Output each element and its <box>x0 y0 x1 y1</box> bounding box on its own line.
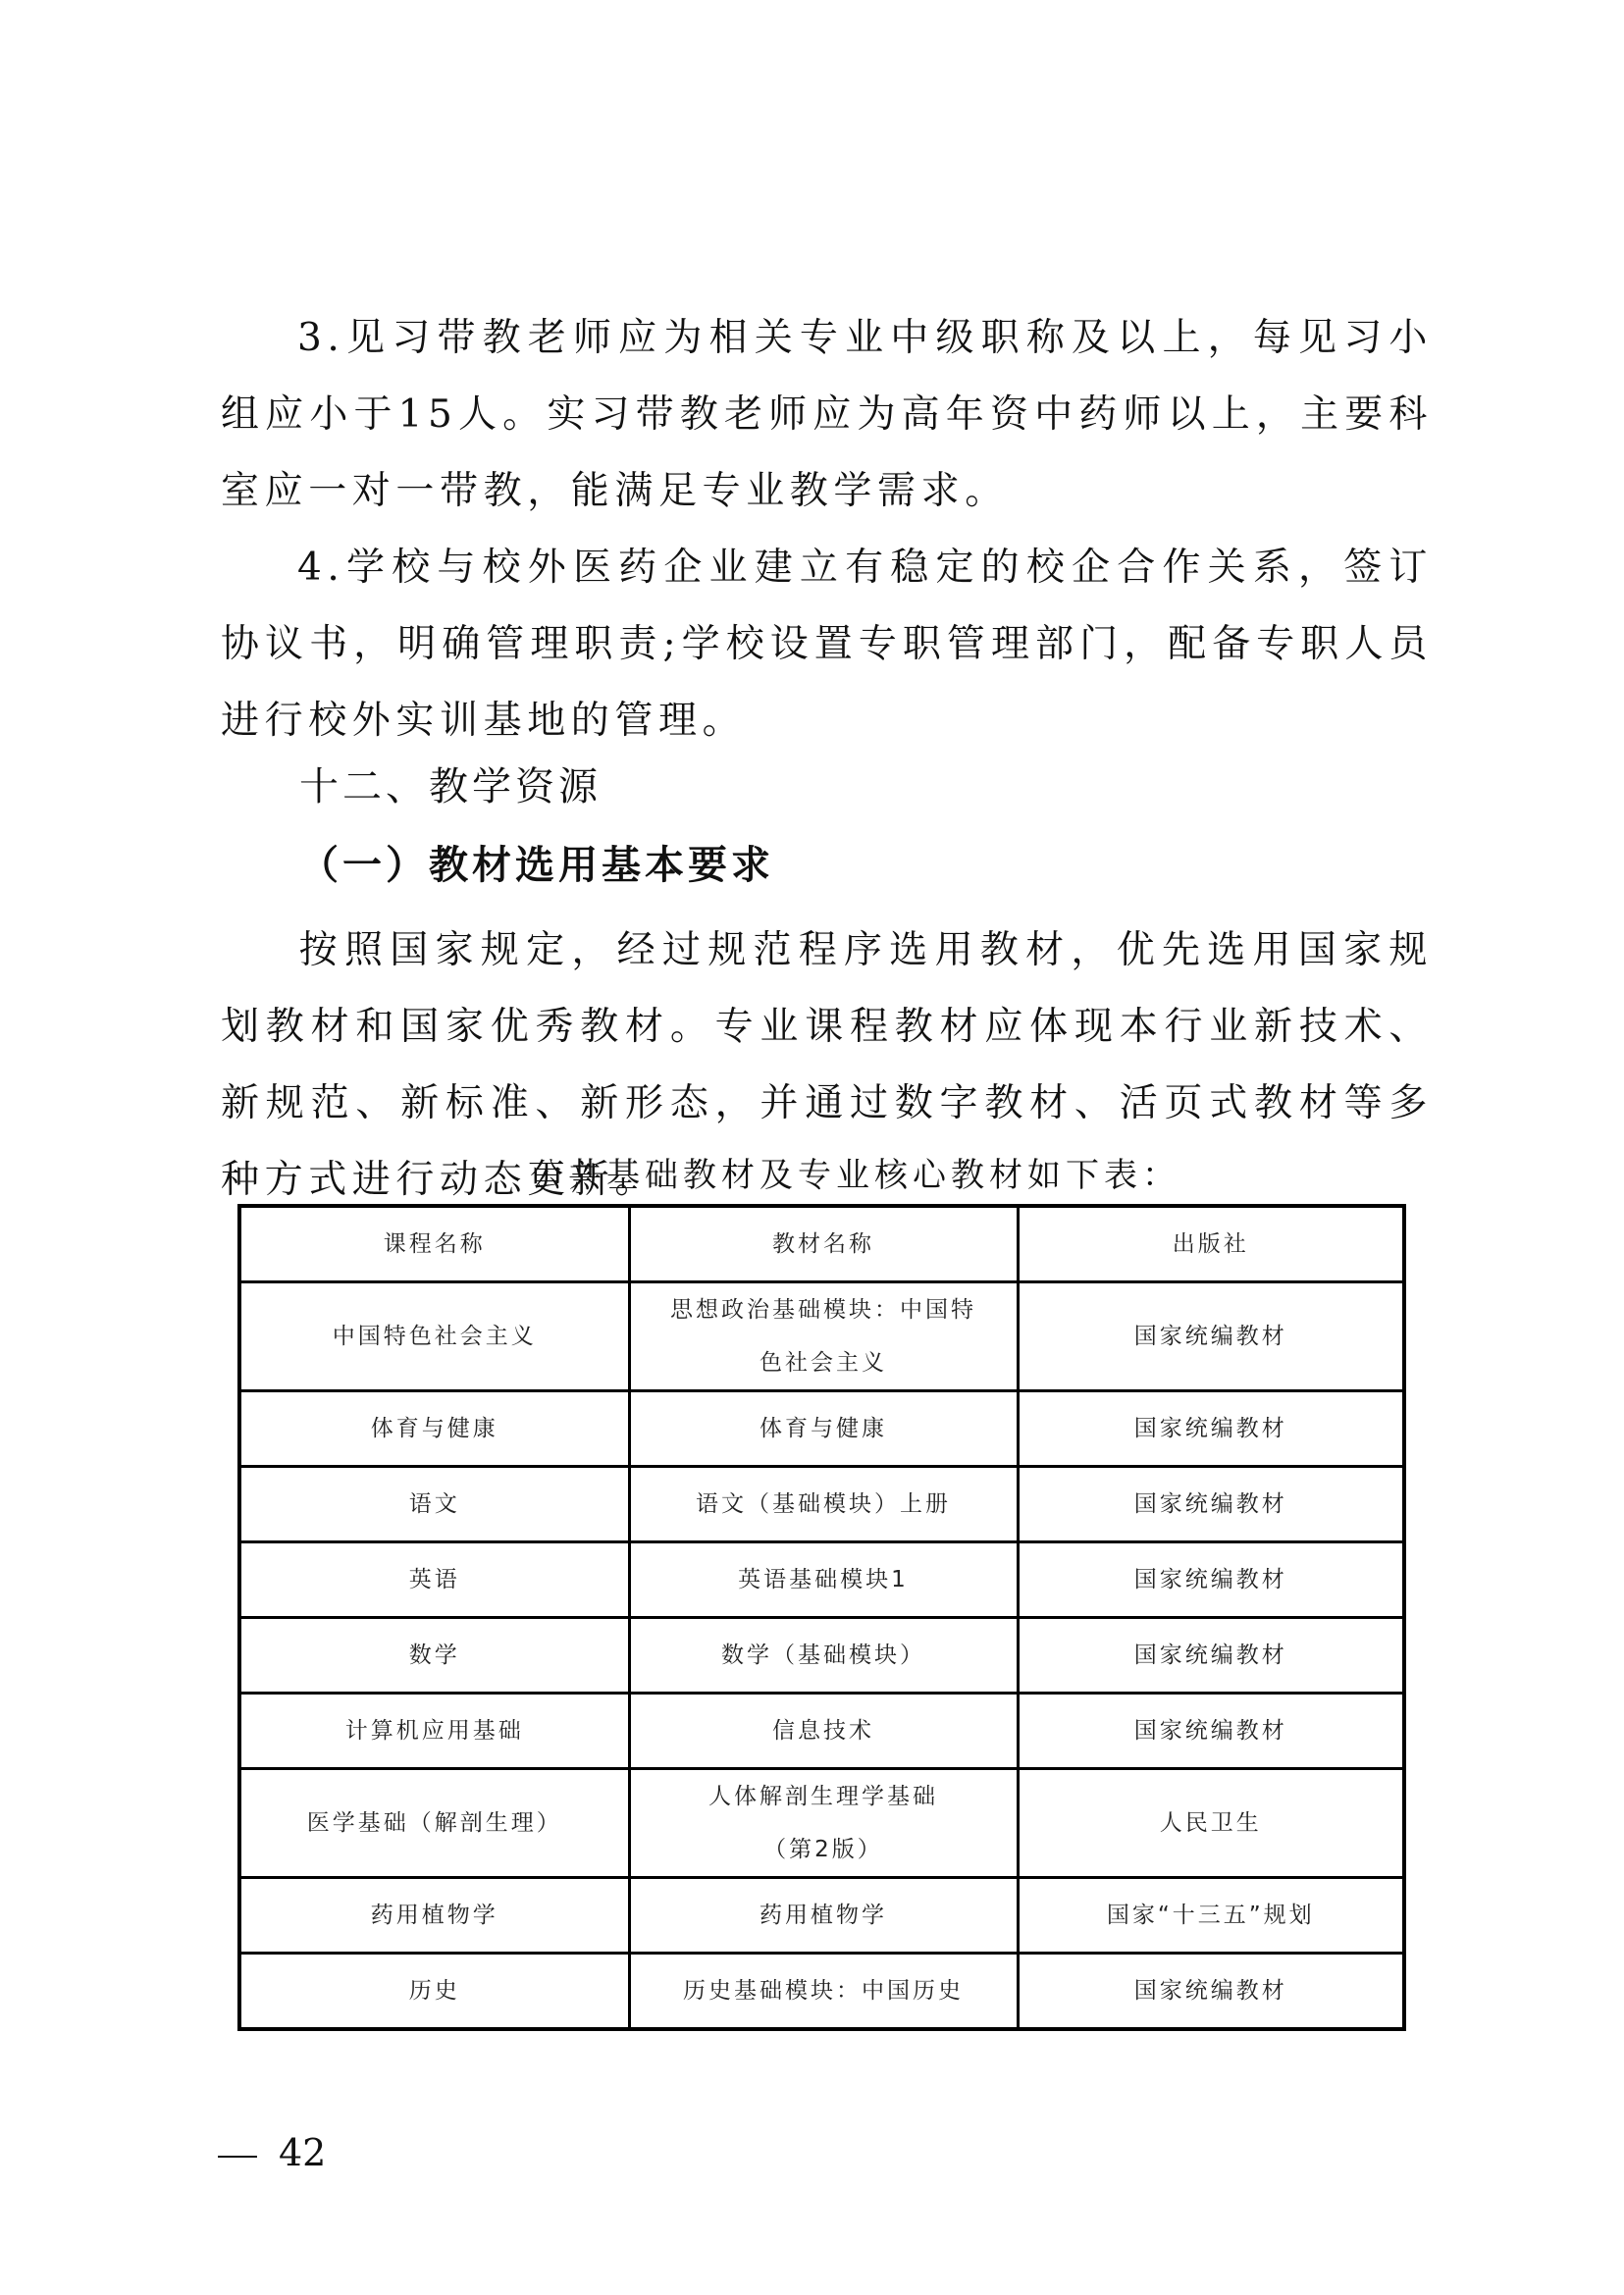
cell-publisher: 国家统编教材 <box>1018 1694 1404 1769</box>
table-row: 历史 历史基础模块：中国历史 国家统编教材 <box>239 1954 1404 2030</box>
table-row: 语文 语文（基础模块）上册 国家统编教材 <box>239 1467 1404 1542</box>
cell-course: 体育与健康 <box>239 1391 629 1467</box>
paragraph-text: 3.见习带教老师应为相关专业中级职称及以上，每见习小组应小于15人。实习带教老师… <box>221 316 1433 513</box>
paragraph-instructor-requirements: 3.见习带教老师应为相关专业中级职称及以上，每见习小组应小于15人。实习带教老师… <box>221 300 1433 530</box>
table-row: 医学基础（解剖生理） 人体解剖生理学基础（第2版） 人民卫生 <box>239 1769 1404 1878</box>
page-footer: 42 <box>218 2131 326 2174</box>
cell-textbook: 药用植物学 <box>629 1878 1018 1954</box>
textbook-table: 课程名称 教材名称 出版社 中国特色社会主义 思想政治基础模块：中国特色社会主义… <box>237 1204 1406 2031</box>
cell-course: 中国特色社会主义 <box>239 1282 629 1391</box>
cell-publisher: 国家统编教材 <box>1018 1618 1404 1694</box>
table-row: 体育与健康 体育与健康 国家统编教材 <box>239 1391 1404 1467</box>
cell-course: 药用植物学 <box>239 1878 629 1954</box>
cell-textbook: 历史基础模块：中国历史 <box>629 1954 1018 2030</box>
cell-textbook: 英语基础模块1 <box>629 1542 1018 1618</box>
table-row: 数学 数学（基础模块） 国家统编教材 <box>239 1618 1404 1694</box>
cell-publisher: 国家统编教材 <box>1018 1954 1404 2030</box>
subsection-heading: （一）教材选用基本要求 <box>299 834 774 890</box>
cell-textbook: 语文（基础模块）上册 <box>629 1467 1018 1542</box>
section-heading: 十二、教学资源 <box>299 756 602 811</box>
dash-mark <box>218 2156 257 2158</box>
cell-course: 历史 <box>239 1954 629 2030</box>
table-row: 计算机应用基础 信息技术 国家统编教材 <box>239 1694 1404 1769</box>
cell-course: 医学基础（解剖生理） <box>239 1769 629 1878</box>
header-course-name: 课程名称 <box>239 1206 629 1282</box>
cell-course: 英语 <box>239 1542 629 1618</box>
cell-textbook: 数学（基础模块） <box>629 1618 1018 1694</box>
table-row: 药用植物学 药用植物学 国家“十三五”规划 <box>239 1878 1404 1954</box>
cell-publisher: 国家统编教材 <box>1018 1391 1404 1467</box>
cell-textbook: 思想政治基础模块：中国特色社会主义 <box>629 1282 1018 1391</box>
paragraph-school-enterprise-cooperation: 4.学校与校外医药企业建立有稳定的校企合作关系，签订协议书，明确管理职责;学校设… <box>221 530 1433 759</box>
cell-course: 数学 <box>239 1618 629 1694</box>
page-number: 42 <box>279 2131 326 2174</box>
cell-publisher: 国家统编教材 <box>1018 1542 1404 1618</box>
table-header-row: 课程名称 教材名称 出版社 <box>239 1206 1404 1282</box>
header-textbook-name: 教材名称 <box>629 1206 1018 1282</box>
cell-publisher: 国家“十三五”规划 <box>1018 1878 1404 1954</box>
cell-textbook: 信息技术 <box>629 1694 1018 1769</box>
cell-publisher: 国家统编教材 <box>1018 1282 1404 1391</box>
table-row: 英语 英语基础模块1 国家统编教材 <box>239 1542 1404 1618</box>
cell-publisher: 国家统编教材 <box>1018 1467 1404 1542</box>
cell-textbook: 人体解剖生理学基础（第2版） <box>629 1769 1018 1878</box>
paragraph-text: 4.学校与校外医药企业建立有稳定的校企合作关系，签订协议书，明确管理职责;学校设… <box>221 546 1433 743</box>
header-publisher: 出版社 <box>1018 1206 1404 1282</box>
cell-textbook: 体育与健康 <box>629 1391 1018 1467</box>
table-row: 中国特色社会主义 思想政治基础模块：中国特色社会主义 国家统编教材 <box>239 1282 1404 1391</box>
cell-course: 语文 <box>239 1467 629 1542</box>
cell-course: 计算机应用基础 <box>239 1694 629 1769</box>
cell-publisher: 人民卫生 <box>1018 1769 1404 1878</box>
table-caption: 公共基础教材及专业核心教材如下表： <box>530 1148 1180 1196</box>
